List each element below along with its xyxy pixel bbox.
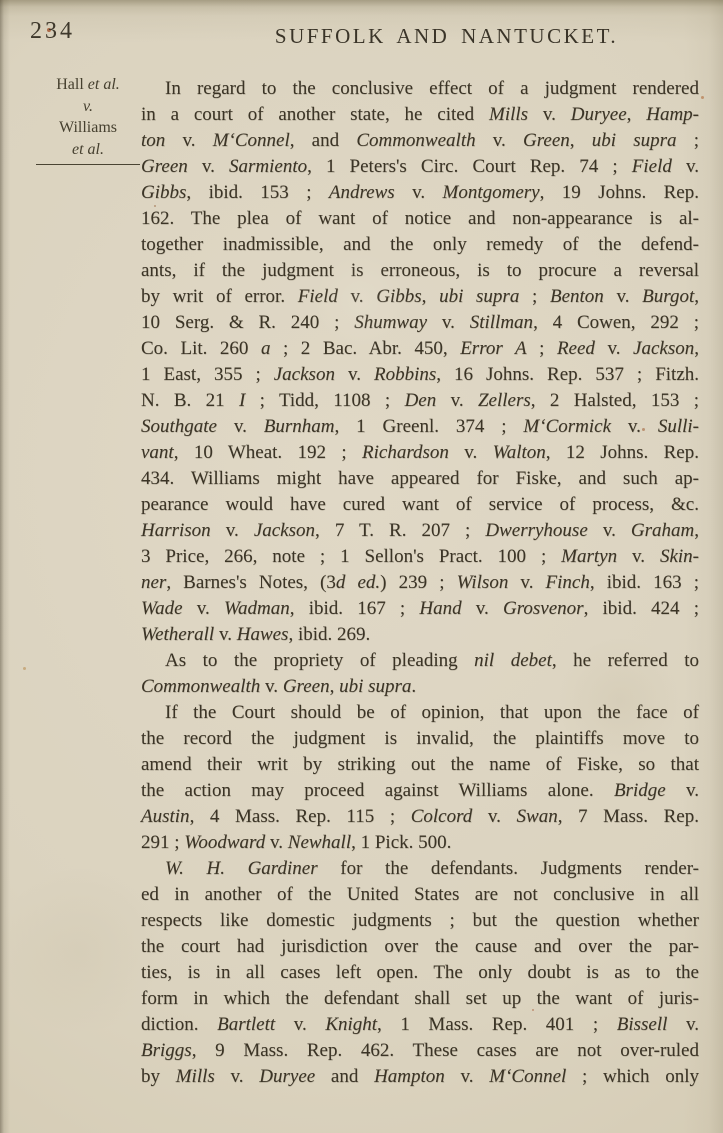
text-line-p4-l4: the court had jurisdiction over the caus… <box>141 934 699 960</box>
text-line-p1-l1: In regard to the conclusive effect of a … <box>141 76 699 102</box>
paper-speck <box>701 96 704 99</box>
text-line-p1-l19: 3 Price, 266, note ; 1 Sellon's Pract. 1… <box>141 544 699 570</box>
text-line-p1-l17: pearance would have cured want of servic… <box>141 492 699 518</box>
margin-note-line: Hall et al. <box>36 74 140 96</box>
text-line-p3-l6: 291 ; Woodward v. Newhall, 1 Pick. 500. <box>141 830 699 856</box>
paper-speck <box>23 667 26 670</box>
margin-note-line: et al. <box>36 139 140 161</box>
text-line-p3-l3: amend their writ by striking out the nam… <box>141 752 699 778</box>
text-line-p1-l4: Green v. Sarmiento, 1 Peters's Circ. Cou… <box>141 154 699 180</box>
text-line-p1-l22: Wetherall v. Hawes, ibid. 269. <box>141 622 699 648</box>
text-line-p1-l3: ton v. M‘Connel, and Commonwealth v. Gre… <box>141 128 699 154</box>
text-line-p3-l4: the action may proceed against Williams … <box>141 778 699 804</box>
text-line-p1-l20: ner, Barnes's Notes, (3d ed.) 239 ; Wils… <box>141 570 699 596</box>
text-line-p1-l18: Harrison v. Jackson, 7 T. R. 207 ; Dwerr… <box>141 518 699 544</box>
text-line-p1-l21: Wade v. Wadman, ibid. 167 ; Hand v. Gros… <box>141 596 699 622</box>
text-line-p2-l1: As to the propriety of pleading nil debe… <box>141 648 699 674</box>
text-line-p1-l10: 10 Serg. & R. 240 ; Shumway v. Stillman,… <box>141 310 699 336</box>
text-line-p1-l12: 1 East, 355 ; Jackson v. Robbins, 16 Joh… <box>141 362 699 388</box>
text-line-p4-l7: diction. Bartlett v. Knight, 1 Mass. Rep… <box>141 1012 699 1038</box>
text-line-p1-l2: in a court of another state, he cited Mi… <box>141 102 699 128</box>
text-line-p4-l3: respects like domestic judgments ; but t… <box>141 908 699 934</box>
running-header: SUFFOLK AND NANTUCKET. <box>170 24 723 49</box>
margin-note-case-caption: Hall et al.v.Williamset al. <box>36 74 140 165</box>
margin-note-line: v. <box>36 96 140 118</box>
text-line-p4-l8: Briggs, 9 Mass. Rep. 462. These cases ar… <box>141 1038 699 1064</box>
text-line-p3-l5: Austin, 4 Mass. Rep. 115 ; Colcord v. Sw… <box>141 804 699 830</box>
text-line-p4-l1: W. H. Gardiner for the defendants. Judgm… <box>141 856 699 882</box>
text-line-p4-l5: ties, is in all cases left open. The onl… <box>141 960 699 986</box>
text-line-p1-l9: by writ of error. Field v. Gibbs, ubi su… <box>141 284 699 310</box>
text-line-p2-l2: Commonwealth v. Green, ubi supra. <box>141 674 699 700</box>
text-line-p4-l2: ed in another of the United States are n… <box>141 882 699 908</box>
text-line-p4-l6: form in which the defendant shall set up… <box>141 986 699 1012</box>
book-page-scan: 234 SUFFOLK AND NANTUCKET. Hall et al.v.… <box>0 0 723 1133</box>
body-text-column: In regard to the conclusive effect of a … <box>141 76 699 1090</box>
text-line-p3-l2: the record the judgment is invalid, the … <box>141 726 699 752</box>
page-number: 234 <box>30 18 75 45</box>
text-line-p1-l7: together inadmissible, and the only reme… <box>141 232 699 258</box>
text-line-p1-l5: Gibbs, ibid. 153 ; Andrews v. Montgomery… <box>141 180 699 206</box>
text-line-p3-l1: If the Court should be of opinion, that … <box>141 700 699 726</box>
text-line-p1-l14: Southgate v. Burnham, 1 Greenl. 374 ; M‘… <box>141 414 699 440</box>
margin-note-rule <box>36 164 140 165</box>
text-line-p1-l13: N. B. 21 I ; Tidd, 1108 ; Den v. Zellers… <box>141 388 699 414</box>
text-line-p4-l9: by Mills v. Duryee and Hampton v. M‘Conn… <box>141 1064 699 1090</box>
text-line-p1-l6: 162. The plea of want of notice and non-… <box>141 206 699 232</box>
text-line-p1-l16: 434. Williams might have appeared for Fi… <box>141 466 699 492</box>
margin-note-line: Williams <box>36 117 140 139</box>
text-line-p1-l8: ants, if the judgment is erroneous, is t… <box>141 258 699 284</box>
margin-note-lines: Hall et al.v.Williamset al. <box>36 74 140 160</box>
text-line-p1-l15: vant, 10 Wheat. 192 ; Richardson v. Walt… <box>141 440 699 466</box>
text-line-p1-l11: Co. Lit. 260 a ; 2 Bac. Abr. 450, Error … <box>141 336 699 362</box>
